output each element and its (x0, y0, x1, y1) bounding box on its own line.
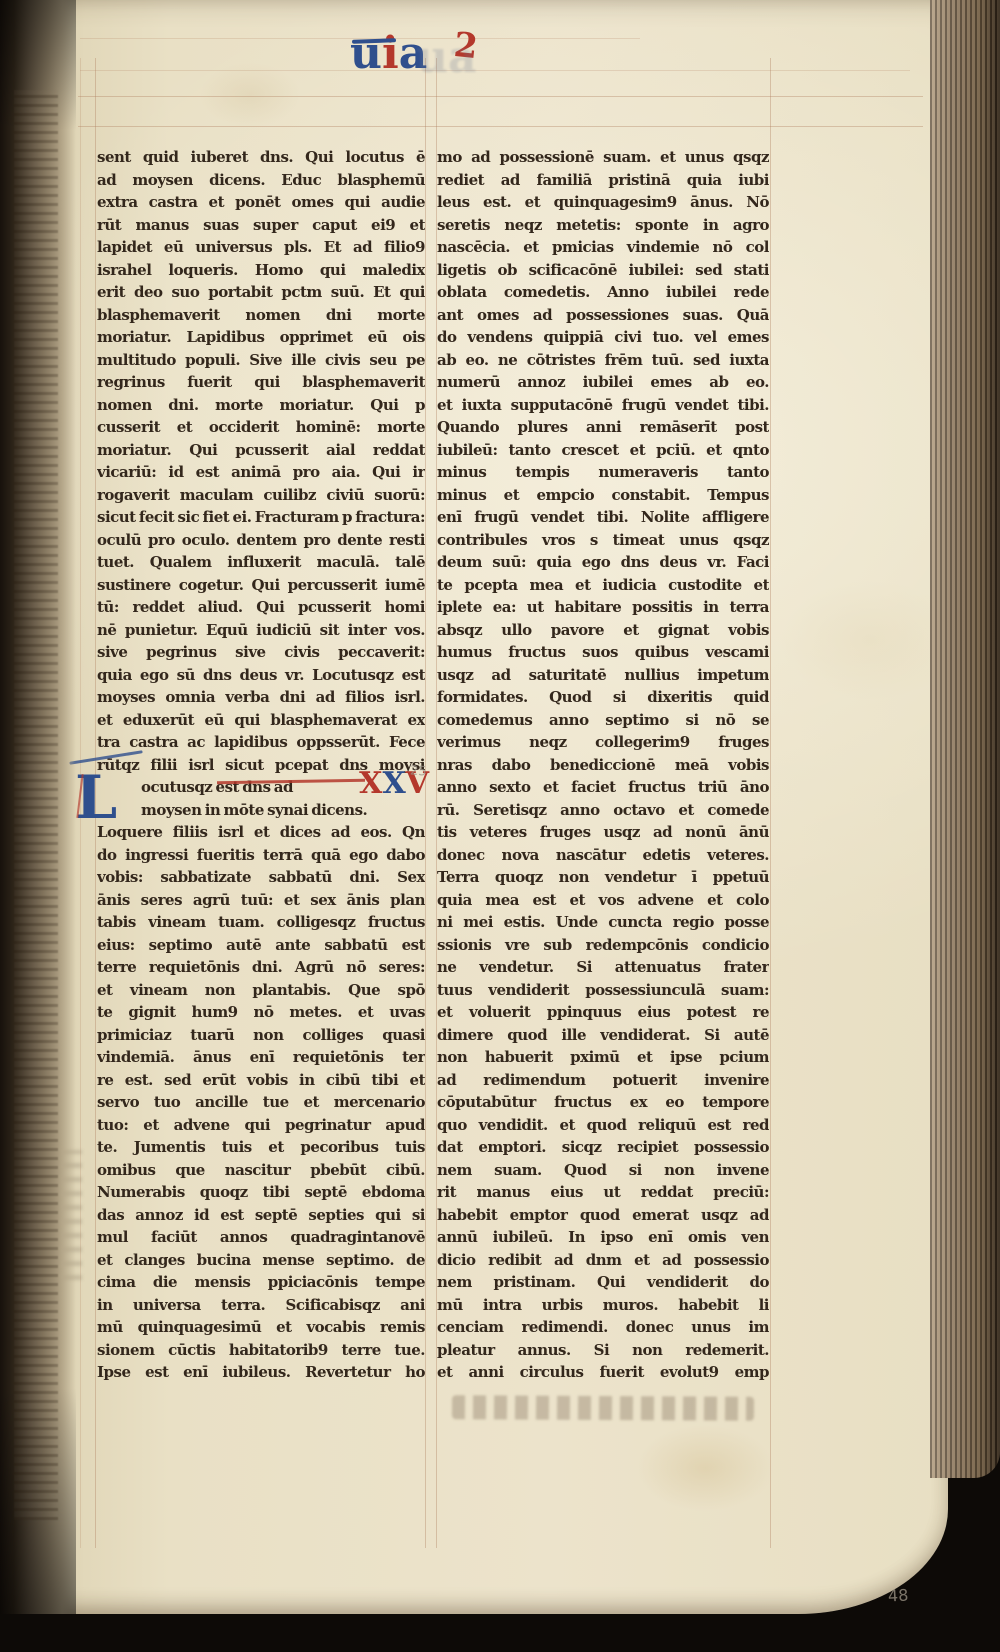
text-line: donec nova nascātur edetis veteres. (437, 844, 769, 867)
text-line: et anni circulus fuerit evolut9 emp (437, 1361, 769, 1384)
text-line: tis veteres fruges usqz ad nonū ānū (437, 821, 769, 844)
text-line: quo vendidit. et quod reliquū est red (437, 1114, 769, 1137)
book-gutter (0, 0, 76, 1614)
text-line: blasphemaverit nomen dni morte (97, 304, 425, 327)
text-line: vobis: sabbatizate sabbatū dni. Sex (97, 866, 425, 889)
text-line: nē punietur. Equū iudiciū sit inter vos. (97, 619, 425, 642)
showthrough-ghost-line (452, 1395, 754, 1421)
text-line: mū quinquagesimū et vocabis remis (97, 1316, 425, 1339)
text-line: oblata comedetis. Anno iubilei rede (437, 281, 769, 304)
text-column-right: mo ad possessionē suam. et unus qsqzredi… (437, 146, 769, 1384)
text-line: mo ad possessionē suam. et unus qsqz (437, 146, 769, 169)
text-line: erit deo suo portabit pctm suū. Et qui (97, 281, 425, 304)
text-line: sustinere cogetur. Qui percusserit iumē (97, 574, 425, 597)
text-line: oculū pro oculo. dentem pro dente resti (97, 529, 425, 552)
text-line: usqz ad saturitatē nullius impetum (437, 664, 769, 687)
chapter-numeral-char: X (359, 766, 382, 801)
ruling-line (770, 58, 771, 1548)
text-line: extra castra et ponēt omes qui audie (97, 191, 425, 214)
text-line: cima die mensis ppiciacōnis tempe (97, 1271, 425, 1294)
text-line: dicio redibit ad dnm et ad possessio (437, 1249, 769, 1272)
text-line: seretis neqz metetis: sponte in agro (437, 214, 769, 237)
text-line: numerū annoz iubilei emes ab eo. (437, 371, 769, 394)
text-line: ni mei estis. Unde cuncta regio posse (437, 911, 769, 934)
text-line: omibus que nascitur pbebūt cibū. (97, 1159, 425, 1182)
text-line: ne vendetur. Si attenuatus frater (437, 956, 769, 979)
text-line: ad moysen dicens. Educ blasphemū (97, 169, 425, 192)
text-line: lapidet eū universus pls. Et ad filio9 (97, 236, 425, 259)
chapter-opening: L ocutusqz est dns ad XXV moysen in mōte… (97, 776, 425, 821)
text-line: habebit emptor quod emerat usqz ad (437, 1204, 769, 1227)
text-line: comedemus anno septimo si nō se (437, 709, 769, 732)
text-column-left: sent quid iuberet dns. Qui locutus ēad m… (97, 146, 425, 1384)
text-line: ad redimendum potuerit invenire (437, 1069, 769, 1092)
text-line: absqz ullo pavore et gignat vobis (437, 619, 769, 642)
text-line: do vendens quippiā civi tuo. vel emes (437, 326, 769, 349)
text-line: regrinus fuerit qui blasphemaverit (97, 371, 425, 394)
text-line: ligetis ob scificacōnē iubilei: sed stat… (437, 259, 769, 282)
text-line: anno sexto et faciet fructus triū āno (437, 776, 769, 799)
text-line: rūt manus suas super caput ei9 et (97, 214, 425, 237)
chapter-opening-line: moysen in mōte synai dicens. (97, 799, 425, 822)
text-line: rogaverit maculam cuilibz civiū suorū: (97, 484, 425, 507)
text-line: nem pristinam. Qui vendiderit do (437, 1271, 769, 1294)
text-line: quia mea est et vos advene et colo (437, 889, 769, 912)
text-line: Ipse est enī iubileus. Revertetur ho (97, 1361, 425, 1384)
text-line: rit manus eius ut reddat preciū: (437, 1181, 769, 1204)
text-line: cōputabūtur fructus ex eo tempore (437, 1091, 769, 1114)
text-line: et voluerit ppinquus eius potest re (437, 1001, 769, 1024)
ruling-line (78, 126, 923, 127)
text-line: moriatur. Qui pcusserit aial reddat (97, 439, 425, 462)
ruling-line (425, 58, 426, 1548)
text-line: multitudo populi. Sive ille civis seu pe (97, 349, 425, 372)
text-line: tuus vendiderit possessiunculā suam: (437, 979, 769, 1002)
running-header-letter: i (382, 26, 399, 82)
text-line: nem suam. Quod si non invene (437, 1159, 769, 1182)
text-line: minus et empcio constabit. Tempus (437, 484, 769, 507)
text-line: Loquere filiis isrl et dices ad eos. Qn (97, 821, 425, 844)
margin-note: 25 (409, 763, 427, 779)
text-line: das annoz id est septē septies qui si (97, 1204, 425, 1227)
text-line: sive pegrinus sive civis peccaverit: (97, 641, 425, 664)
text-line: moyses omnia verba dni ad filios isrl. (97, 686, 425, 709)
parchment-page: uia 2 ua sent quid iuberet dns. Qui locu… (0, 0, 948, 1614)
text-line: et vineam non plantabis. Que spō (97, 979, 425, 1002)
text-line: tuo: et advene qui pegrinatur apud (97, 1114, 425, 1137)
header-showthrough-ghost: ua (416, 30, 477, 86)
text-line: mū intra urbis muros. habebit li (437, 1294, 769, 1317)
text-line: Terra quoqz non vendetur ī ppetuū (437, 866, 769, 889)
text-block-before-chapter: sent quid iuberet dns. Qui locutus ēad m… (97, 146, 425, 776)
chapter-numeral-char: X (382, 766, 405, 801)
fore-edge-page-stack (930, 0, 1000, 1478)
text-line: dimere quod ille vendiderat. Si autē (437, 1024, 769, 1047)
text-line: rū. Seretisqz anno octavo et comede (437, 799, 769, 822)
text-line: do ingressi fueritis terrā quā ego dabo (97, 844, 425, 867)
text-line: ānis seres agrū tuū: et sex ānis plan (97, 889, 425, 912)
text-line: tra castra ac lapidibus oppsserūt. Fece (97, 731, 425, 754)
text-line: ant omes ad possessiones suas. Quā (437, 304, 769, 327)
text-line: servo tuo ancille tue et mercenario (97, 1091, 425, 1114)
text-line: eius: septimo autē ante sabbatū est (97, 934, 425, 957)
text-line: terre requietōnis dni. Agrū nō seres: (97, 956, 425, 979)
folio-number: 48 (888, 1585, 909, 1605)
text-line: nras dabo benediccionē meā vobis (437, 754, 769, 777)
text-line: deum suū: quia ego dns deus vr. Faci (437, 551, 769, 574)
text-line: formidates. Quod si dixeritis quid (437, 686, 769, 709)
text-line: mul faciūt annos quadragintanovē (97, 1226, 425, 1249)
chapter-opening-line: ocutusqz est dns ad XXV (97, 776, 425, 799)
text-line: minus tempis numeraveris tanto (437, 461, 769, 484)
text-line: israhel loqueris. Homo qui maledix (97, 259, 425, 282)
text-line: quia ego sū dns deus vr. Locutusqz est (97, 664, 425, 687)
text-line: re est. sed erūt vobis in cibū tibi et (97, 1069, 425, 1092)
text-line: contribules vros s timeat unus qsqz (437, 529, 769, 552)
text-line: tabis vineam tuam. colligesqz fructus (97, 911, 425, 934)
text-line: te pcepta mea et iudicia custodite et (437, 574, 769, 597)
text-line: primiciaz tuarū non colliges quasi (97, 1024, 425, 1047)
text-line: Numerabis quoqz tibi septē ebdoma (97, 1181, 425, 1204)
text-line: sicut fecit sic fiet ei. Fracturam p fra… (97, 506, 425, 529)
text-line: cusserit et occiderit hominē: morte (97, 416, 425, 439)
text-line: et iuxta supputacōnē frugū vendet tibi. (437, 394, 769, 417)
text-line: Quando plures anni remāserīt post (437, 416, 769, 439)
text-line: ab eo. ne cōtristes frēm tuū. sed iuxta (437, 349, 769, 372)
text-line: rediet ad familiā pristinā quia iubi (437, 169, 769, 192)
facing-page-edge-striations (14, 90, 58, 1520)
text-line: nomen dni. morte moriatur. Qui p (97, 394, 425, 417)
running-header-letter: u (350, 26, 382, 82)
text-line: cenciam redimendi. donec unus im (437, 1316, 769, 1339)
text-line: et eduxerūt eū qui blasphemaverat ex (97, 709, 425, 732)
text-line: iubileū: tanto crescet et pciū. et qnto (437, 439, 769, 462)
text-line: iplete ea: ut habitare possitis in terra (437, 596, 769, 619)
text-line: verimus neqz collegerim9 fruges (437, 731, 769, 754)
text-line: dat emptori. sicqz recipiet possessio (437, 1136, 769, 1159)
text-line: non habuerit pximū et ipse pcium (437, 1046, 769, 1069)
text-line: leus est. et quinquagesim9 ānus. Nō (437, 191, 769, 214)
text-block-after-chapter: Loquere filiis isrl et dices ad eos. Qnd… (97, 821, 425, 1384)
text-line: ssionis vre sub redempcōnis condicio (437, 934, 769, 957)
chapter-opening-text: moysen in mōte synai dicens. (141, 801, 367, 819)
text-line: vindemiā. ānus enī requietōnis ter (97, 1046, 425, 1069)
text-line: te. Jumentis tuis et pecoribus tuis (97, 1136, 425, 1159)
text-line: tū: reddet aliud. Qui pcusserit homi (97, 596, 425, 619)
text-line: vicariū: id est animā pro aia. Qui ir (97, 461, 425, 484)
text-line: moriatur. Lapidibus opprimet eū ois (97, 326, 425, 349)
text-line: et clanges bucina mense septimo. de (97, 1249, 425, 1272)
text-line: enī frugū vendet tibi. Nolite affligere (437, 506, 769, 529)
text-line: nascēcia. et pmicias vindemie nō col (437, 236, 769, 259)
text-line: tuet. Qualem influxerit maculā. talē (97, 551, 425, 574)
text-line: sionem cūctis habitatorib9 terre tue. (97, 1339, 425, 1362)
running-header: uia 2 ua (350, 26, 610, 90)
text-line: annū iubileū. In ipso enī omis ven (437, 1226, 769, 1249)
text-line: in universa terra. Scificabisqz ani (97, 1294, 425, 1317)
ruling-line (78, 96, 923, 97)
text-line: te gignit hum9 nō metes. et uvas (97, 1001, 425, 1024)
text-line: pleatur annus. Si non redemerit. (437, 1339, 769, 1362)
text-line: humus fructus suos quibus vescami (437, 641, 769, 664)
manuscript-photo: uia 2 ua sent quid iuberet dns. Qui locu… (0, 0, 1000, 1652)
text-line: sent quid iuberet dns. Qui locutus ē (97, 146, 425, 169)
